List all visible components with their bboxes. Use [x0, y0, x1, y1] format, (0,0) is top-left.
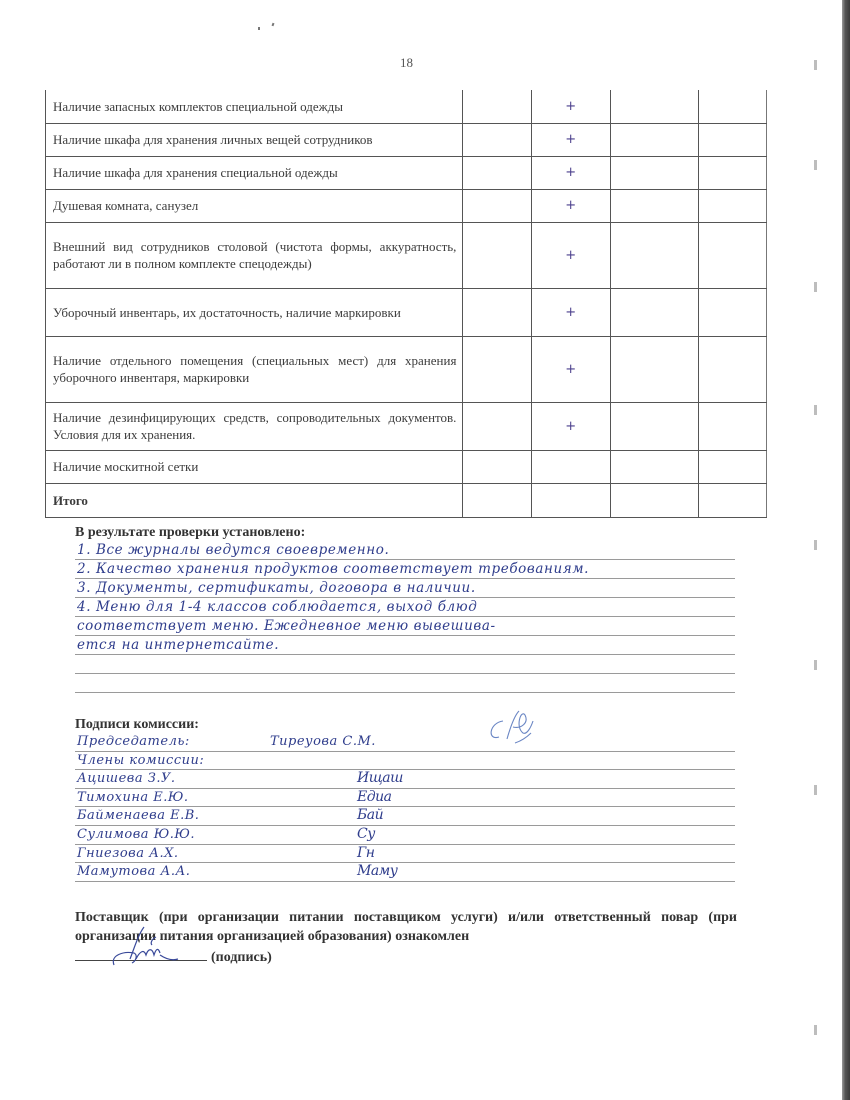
members-label-row: Члены комиссии:	[75, 752, 735, 771]
criterion-cell: Душевая комната, санузел	[46, 189, 463, 222]
mark-cell	[698, 336, 766, 402]
member-row: Тимохина Е.Ю.Едиа	[75, 789, 735, 808]
chair-signature-icon	[485, 707, 537, 749]
findings-lines: 1. Все журналы ведутся своевременно.2. К…	[75, 541, 735, 693]
mark-cell	[463, 123, 531, 156]
mark-cell	[610, 189, 698, 222]
member-signature: Су	[357, 826, 375, 843]
table-row: Наличие отдельного помещения (специальны…	[46, 336, 767, 402]
table-row: Внешний вид сотрудников столовой (чистот…	[46, 222, 767, 288]
scan-speck	[258, 27, 260, 30]
member-signature: Бай	[357, 807, 383, 824]
mark-cell	[531, 450, 610, 483]
scan-artifact	[814, 160, 817, 170]
page-number: 18	[400, 55, 413, 71]
criterion-cell: Уборочный инвентарь, их достаточность, н…	[46, 288, 463, 336]
mark-cell	[463, 288, 531, 336]
mark-cell	[463, 222, 531, 288]
scan-speck	[272, 23, 275, 27]
mark-cell	[610, 402, 698, 450]
mark-cell	[698, 123, 766, 156]
criterion-cell: Наличие отдельного помещения (специальны…	[46, 336, 463, 402]
mark-cell	[610, 156, 698, 189]
table-row: Наличие шкафа для хранения личных вещей …	[46, 123, 767, 156]
mark-cell	[463, 90, 531, 123]
scan-artifact	[814, 660, 817, 670]
mark-cell	[463, 483, 531, 517]
member-row: Мамутова А.А.Маму	[75, 863, 735, 882]
chair-name: Тиреуова С.М.	[270, 733, 376, 750]
criterion-cell: Наличие москитной сетки	[46, 450, 463, 483]
findings-title: В результате проверки установлено:	[75, 525, 305, 541]
mark-cell: +	[531, 336, 610, 402]
member-signature: Едиа	[357, 789, 391, 806]
chair-row: Председатель: Тиреуова С.М.	[75, 733, 735, 752]
mark-cell: +	[531, 123, 610, 156]
table-row: Душевая комната, санузел+	[46, 189, 767, 222]
mark-cell: +	[531, 189, 610, 222]
finding-line: 4. Меню для 1-4 классов соблюдается, вых…	[75, 598, 735, 617]
mark-cell	[698, 450, 766, 483]
mark-cell: +	[531, 222, 610, 288]
scan-artifact	[814, 785, 817, 795]
criterion-cell: Внешний вид сотрудников столовой (чистот…	[46, 222, 463, 288]
member-row: Ацишева З.У.Ищаш	[75, 770, 735, 789]
mark-cell	[610, 123, 698, 156]
total-label: Итого	[46, 483, 463, 517]
mark-cell	[698, 90, 766, 123]
mark-cell	[463, 156, 531, 189]
mark-cell	[463, 450, 531, 483]
members-label: Члены комиссии:	[77, 752, 204, 769]
chair-label: Председатель:	[77, 733, 190, 750]
total-row: Итого	[46, 483, 767, 517]
mark-cell	[698, 222, 766, 288]
mark-cell: +	[531, 288, 610, 336]
mark-cell	[698, 156, 766, 189]
mark-cell	[698, 288, 766, 336]
member-name: Мамутова А.А.	[77, 863, 190, 880]
member-name: Тимохина Е.Ю.	[77, 789, 189, 806]
finding-line: 3. Документы, сертификаты, договора в на…	[75, 579, 735, 598]
finding-line	[75, 655, 735, 674]
checklist-table: Наличие запасных комплектов специальной …	[45, 90, 767, 518]
mark-cell: +	[531, 90, 610, 123]
finding-line	[75, 674, 735, 693]
commission-title: Подписи комиссии:	[75, 717, 199, 733]
table-row: Наличие запасных комплектов специальной …	[46, 90, 767, 123]
table-row: Наличие шкафа для хранения специальной о…	[46, 156, 767, 189]
table-row: Наличие москитной сетки	[46, 450, 767, 483]
commission-signatures: Председатель: Тиреуова С.М. Члены комисс…	[75, 733, 735, 882]
criterion-cell: Наличие шкафа для хранения личных вещей …	[46, 123, 463, 156]
member-name: Байменаева Е.В.	[77, 807, 199, 824]
mark-cell: +	[531, 156, 610, 189]
scan-artifact	[814, 540, 817, 550]
signature-caption: (подпись)	[211, 950, 272, 965]
mark-cell	[610, 222, 698, 288]
scan-edge	[842, 0, 850, 1100]
member-row: Сулимова Ю.Ю.Су	[75, 826, 735, 845]
scan-artifact	[814, 282, 817, 292]
criterion-cell: Наличие дезинфицирующих средств, сопрово…	[46, 402, 463, 450]
mark-cell	[463, 336, 531, 402]
mark-cell	[610, 450, 698, 483]
finding-line: 2. Качество хранения продуктов соответст…	[75, 560, 735, 579]
mark-cell	[610, 336, 698, 402]
finding-line: ется на интернетсайте.	[75, 636, 735, 655]
member-signature: Гн	[357, 845, 375, 862]
mark-cell: +	[531, 402, 610, 450]
finding-line: 1. Все журналы ведутся своевременно.	[75, 541, 735, 560]
mark-cell	[610, 90, 698, 123]
mark-cell	[463, 402, 531, 450]
member-name: Ацишева З.У.	[77, 770, 176, 787]
mark-cell	[698, 483, 766, 517]
scan-artifact	[814, 405, 817, 415]
supplier-signature-icon	[100, 925, 190, 973]
mark-cell	[610, 483, 698, 517]
scan-artifact	[814, 1025, 817, 1035]
mark-cell	[531, 483, 610, 517]
table-row: Уборочный инвентарь, их достаточность, н…	[46, 288, 767, 336]
member-name: Гниезова А.Х.	[77, 845, 178, 862]
mark-cell	[698, 402, 766, 450]
member-row: Гниезова А.Х.Гн	[75, 845, 735, 864]
member-signature: Ищаш	[357, 770, 403, 787]
mark-cell	[463, 189, 531, 222]
member-row: Байменаева Е.В.Бай	[75, 807, 735, 826]
mark-cell	[610, 288, 698, 336]
member-signature: Маму	[357, 863, 397, 880]
scan-artifact	[814, 60, 817, 70]
criterion-cell: Наличие шкафа для хранения специальной о…	[46, 156, 463, 189]
criterion-cell: Наличие запасных комплектов специальной …	[46, 90, 463, 123]
mark-cell	[698, 189, 766, 222]
member-name: Сулимова Ю.Ю.	[77, 826, 195, 843]
finding-line: соответствует меню. Ежедневное меню выве…	[75, 617, 735, 636]
table-row: Наличие дезинфицирующих средств, сопрово…	[46, 402, 767, 450]
